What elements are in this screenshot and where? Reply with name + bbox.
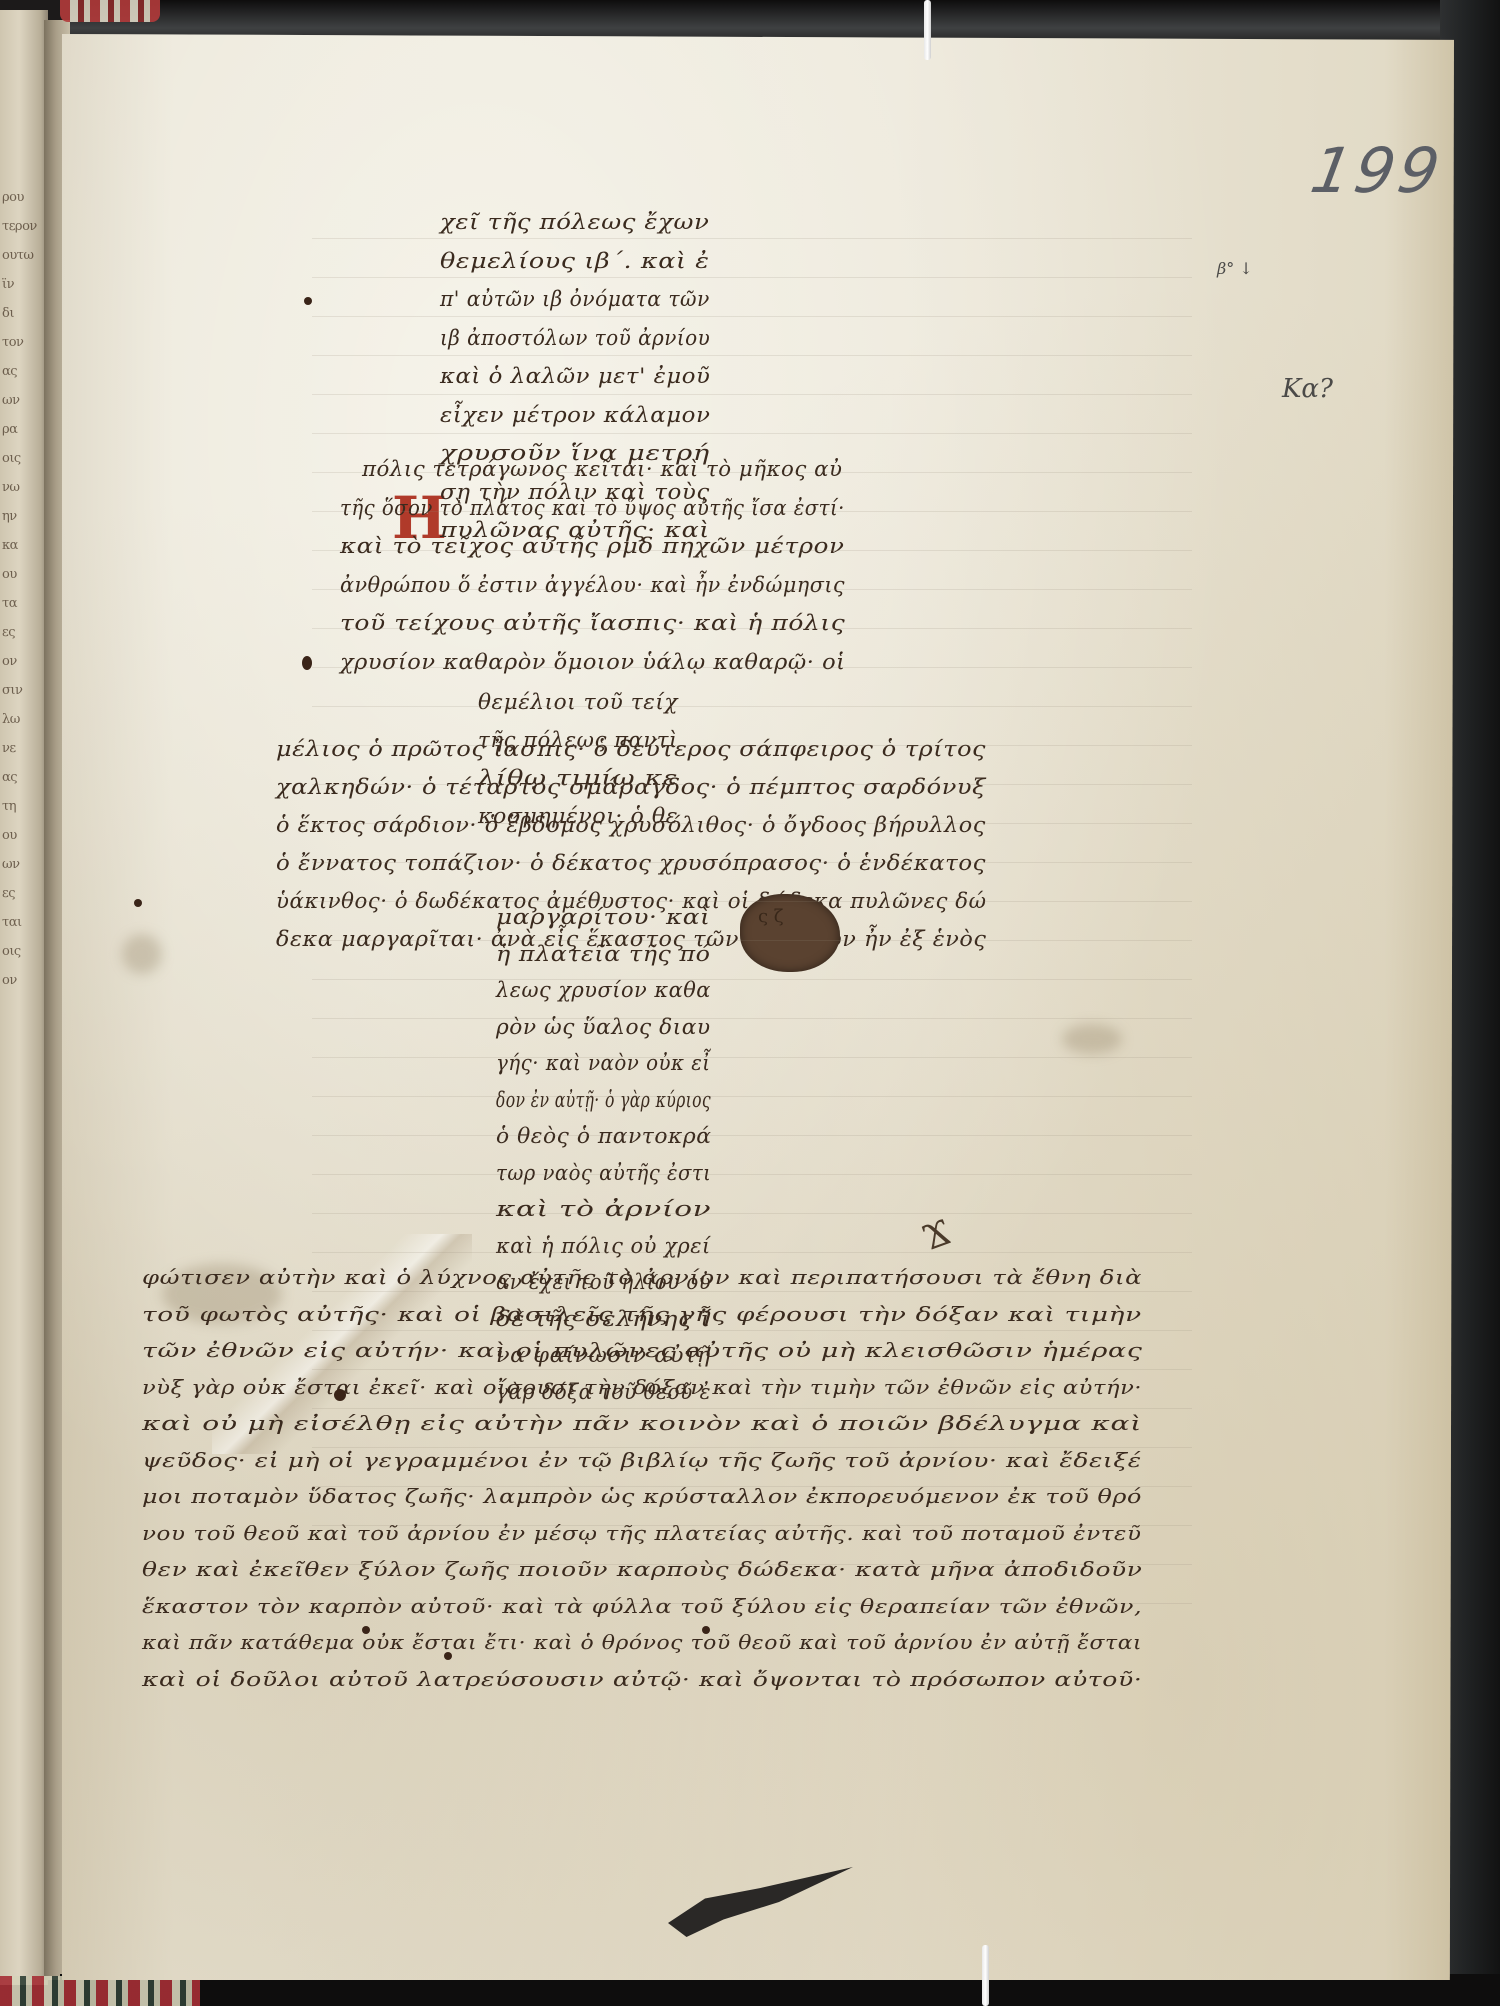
manuscript-line: νὺξ γὰρ οὐκ ἔσται ἐκεῖ· καὶ οἴσουσι τὴν …	[142, 1375, 1142, 1399]
ruling-line	[312, 550, 1192, 551]
manuscript-line: λεως χρυσίον καθα	[496, 978, 711, 1002]
page-marker-top	[924, 0, 931, 60]
ruling-line	[312, 1408, 1192, 1409]
folio-number: 199	[1306, 134, 1449, 207]
ink-dot	[302, 656, 312, 670]
ruling-line	[312, 667, 1192, 668]
manuscript-line: καὶ οἱ δοῦλοι αὐτοῦ λατρεύσουσιν αὐτῷ· κ…	[142, 1667, 1142, 1691]
ruling-line	[312, 1486, 1192, 1487]
previous-page-text: κα	[2, 538, 48, 553]
previous-page-text: ται	[2, 915, 48, 930]
previous-page-text: ον	[2, 973, 48, 988]
previous-page-text: τη	[2, 799, 48, 814]
ink-dot	[702, 1626, 710, 1634]
ruling-line	[312, 277, 1192, 278]
previous-page-text: σιν	[2, 683, 48, 698]
previous-page-edge: ρουτερονουτωϊνδιτοναςωνραοιςνωηνκαουταες…	[0, 10, 48, 1985]
manuscript-line: π' αὐτῶν ιβ ὀνόματα τῶν	[440, 287, 710, 311]
manuscript-line: καὶ τὸ ἀρνίον	[496, 1197, 711, 1221]
manuscript-line: εἶχεν μέτρον κάλαμον	[440, 403, 710, 427]
pencil-note: β° ↓	[1217, 259, 1253, 278]
manuscript-line: φώτισεν αὐτὴν καὶ ὁ λύχνος αὐτῆς τὸ ἀρνί…	[142, 1265, 1142, 1289]
manuscript-line: τῶν ἐθνῶν εἰς αὐτήν· καὶ οἱ πυλῶνες αὐτῆ…	[142, 1338, 1143, 1362]
manuscript-line: ἡ πλατεῖα τῆς πό	[496, 942, 711, 966]
manuscript-line: θεμέλιοι τοῦ τείχ	[478, 690, 678, 714]
ruling-line	[312, 979, 1192, 980]
previous-page-text: ας	[2, 770, 48, 785]
manuscript-line: ἀνθρώπου ὅ ἐστιν ἀγγέλου· καὶ ἦν ἐνδώμησ…	[340, 573, 845, 597]
previous-page-text: ων	[2, 857, 48, 872]
manuscript-line: χεῖ τῆς πόλεως ἔχων	[440, 210, 709, 234]
manuscript-line: πόλις τετράγωνος κεῖται· καὶ τὸ μῆκος αὐ	[362, 457, 842, 481]
binding-top-edge	[70, 0, 1470, 40]
manuscript-line: ὁ ἕκτος σάρδιον· ὁ ἕβδομος χρυσόλιθος· ὁ…	[276, 813, 986, 837]
manuscript-line: μοι ποταμὸν ὕδατος ζωῆς· λαμπρὸν ὡς κρύσ…	[142, 1484, 1142, 1508]
previous-page-text: ες	[2, 625, 48, 640]
ruling-line	[312, 589, 1192, 590]
ruling-line	[312, 628, 1192, 629]
ruling-line	[312, 1096, 1192, 1097]
ink-dot	[362, 1626, 370, 1634]
ruling-line	[312, 1174, 1192, 1175]
manuscript-line: καὶ τὸ τεῖχος αὐτῆς ρμδ πηχῶν μέτρον	[340, 534, 845, 558]
previous-page-text: ϊν	[2, 277, 48, 292]
previous-page-text: τα	[2, 596, 48, 611]
manuscript-line: χαλκηδών· ὁ τέταρτος σμάραγδος· ὁ πέμπτο…	[276, 775, 986, 799]
manuscript-line: ιβ ἀποστόλων τοῦ ἀρνίου	[440, 326, 710, 350]
ruling-line	[312, 940, 1192, 941]
previous-page-text: ου	[2, 567, 48, 582]
manuscript-line: ὁ θεὸς ὁ παντοκρά	[496, 1124, 711, 1148]
previous-page-text: λω	[2, 712, 48, 727]
previous-page-text: τερον	[2, 219, 48, 234]
ruling-line	[312, 433, 1192, 434]
ruling-line	[312, 1525, 1192, 1526]
ruling-line	[312, 472, 1192, 473]
ruling-line	[312, 784, 1192, 785]
previous-page-text: ας	[2, 364, 48, 379]
previous-page-text: ρου	[2, 190, 48, 205]
ruling-line	[312, 745, 1192, 746]
manuscript-line: καὶ ἡ πόλις οὐ χρεί	[496, 1234, 711, 1258]
manuscript-line: θεν καὶ ἐκεῖθεν ξύλον ζωῆς ποιοῦν καρποὺ…	[142, 1557, 1143, 1581]
page-marker-bottom	[982, 1945, 989, 2006]
previous-page-text: δι	[2, 306, 48, 321]
headband-top	[60, 0, 160, 22]
stain	[1062, 1024, 1122, 1054]
previous-page-text: νε	[2, 741, 48, 756]
manuscript-line: μαργαρίτου· καὶ	[496, 905, 710, 929]
manuscript-line: καὶ οὐ μὴ εἰσέλθῃ εἰς αὐτὴν πᾶν κοινὸν κ…	[142, 1411, 1142, 1435]
ruling-line	[312, 1018, 1192, 1019]
previous-page-text: ρα	[2, 422, 48, 437]
previous-page-text: ου	[2, 828, 48, 843]
manuscript-line: ἕκαστον τὸν καρπὸν αὐτοῦ· καὶ τὰ φύλλα τ…	[142, 1594, 1142, 1618]
previous-page-text: ον	[2, 654, 48, 669]
ruling-line	[312, 1057, 1192, 1058]
manuscript-line: καὶ πᾶν κατάθεμα οὐκ ἔσται ἔτι· καὶ ὁ θρ…	[142, 1630, 1142, 1654]
previous-page-text: ην	[2, 509, 48, 524]
manuscript-line: τοῦ φωτὸς αὐτῆς· καὶ οἱ βασιλεῖς τῆς γῆς…	[142, 1302, 1142, 1326]
ruling-line	[312, 238, 1192, 239]
ruling-line	[312, 901, 1192, 902]
ruling-line	[312, 1291, 1192, 1292]
ruling-line	[312, 823, 1192, 824]
ruling-line	[312, 1252, 1192, 1253]
manuscript-line: τοῦ τείχους αὐτῆς ἴασπις· καὶ ἡ πόλις	[340, 611, 845, 635]
ruling-line	[312, 316, 1192, 317]
ruling-line	[312, 1447, 1192, 1448]
manuscript-line: καὶ ὁ λαλῶν μετ' ἐμοῦ	[440, 364, 710, 388]
ruling-line	[312, 1369, 1192, 1370]
ruling-line	[312, 355, 1192, 356]
manuscript-line: ὁ ἔννατος τοπάζιον· ὁ δέκατος χρυσόπρασο…	[276, 851, 986, 875]
ruling-line	[312, 394, 1192, 395]
previous-page-text: ουτω	[2, 248, 48, 263]
ruling-line	[312, 706, 1192, 707]
manuscript-line: θεμελίους ιβ΄. καὶ ἐ	[440, 249, 709, 273]
manuscript-line: γής· καὶ ναὸν οὐκ εἶ	[496, 1051, 711, 1075]
manuscript-line: ψεῦδος· εἰ μὴ οἱ γεγραμμένοι ἐν τῷ βιβλί…	[142, 1448, 1142, 1472]
stain	[122, 934, 162, 974]
ruling-line	[312, 1603, 1192, 1604]
margin-note-right: Κα?	[1282, 374, 1333, 404]
previous-page-text: νω	[2, 480, 48, 495]
manuscript-line: χρυσίον καθαρὸν ὅμοιον ὑάλῳ καθαρῷ· οἱ	[340, 650, 846, 674]
ink-dot	[334, 1389, 346, 1401]
previous-page-text: οις	[2, 451, 48, 466]
ink-dot	[444, 1652, 452, 1660]
ruling-line	[312, 1330, 1192, 1331]
ruling-line	[312, 1564, 1192, 1565]
previous-page-text: ες	[2, 886, 48, 901]
manuscript-line: δον ἐν αὐτῇ· ὁ γὰρ κύριος	[496, 1088, 711, 1112]
ruling-line	[312, 862, 1192, 863]
previous-page-text: ων	[2, 393, 48, 408]
headband-bottom	[0, 1976, 200, 2006]
manuscript-line: τωρ ναὸς αὐτῆς ἐστι	[496, 1161, 711, 1185]
manuscript-page: 199 β° ↓ Κα? Η χεῖ τῆς πόλεως ἔχωνθεμελί…	[62, 34, 1454, 1980]
manuscript-line: μέλιος ὁ πρῶτος ἴασπις· ὁ δεύτερος σάπφε…	[276, 737, 986, 761]
ink-dot	[304, 297, 312, 305]
hole-fragment-text: ς ζ	[758, 906, 784, 927]
previous-page-text: τον	[2, 335, 48, 350]
ink-dot	[134, 899, 142, 907]
ruling-line	[312, 511, 1192, 512]
ruling-line	[312, 1135, 1192, 1136]
parchment-hole: ς ζ	[740, 894, 840, 972]
manuscript-line: τῆς ὅσον τὸ πλάτος καὶ τὸ ὕψος αὐτῆς ἴσα…	[340, 496, 845, 520]
ruling-line	[312, 1213, 1192, 1214]
previous-page-text: οις	[2, 944, 48, 959]
